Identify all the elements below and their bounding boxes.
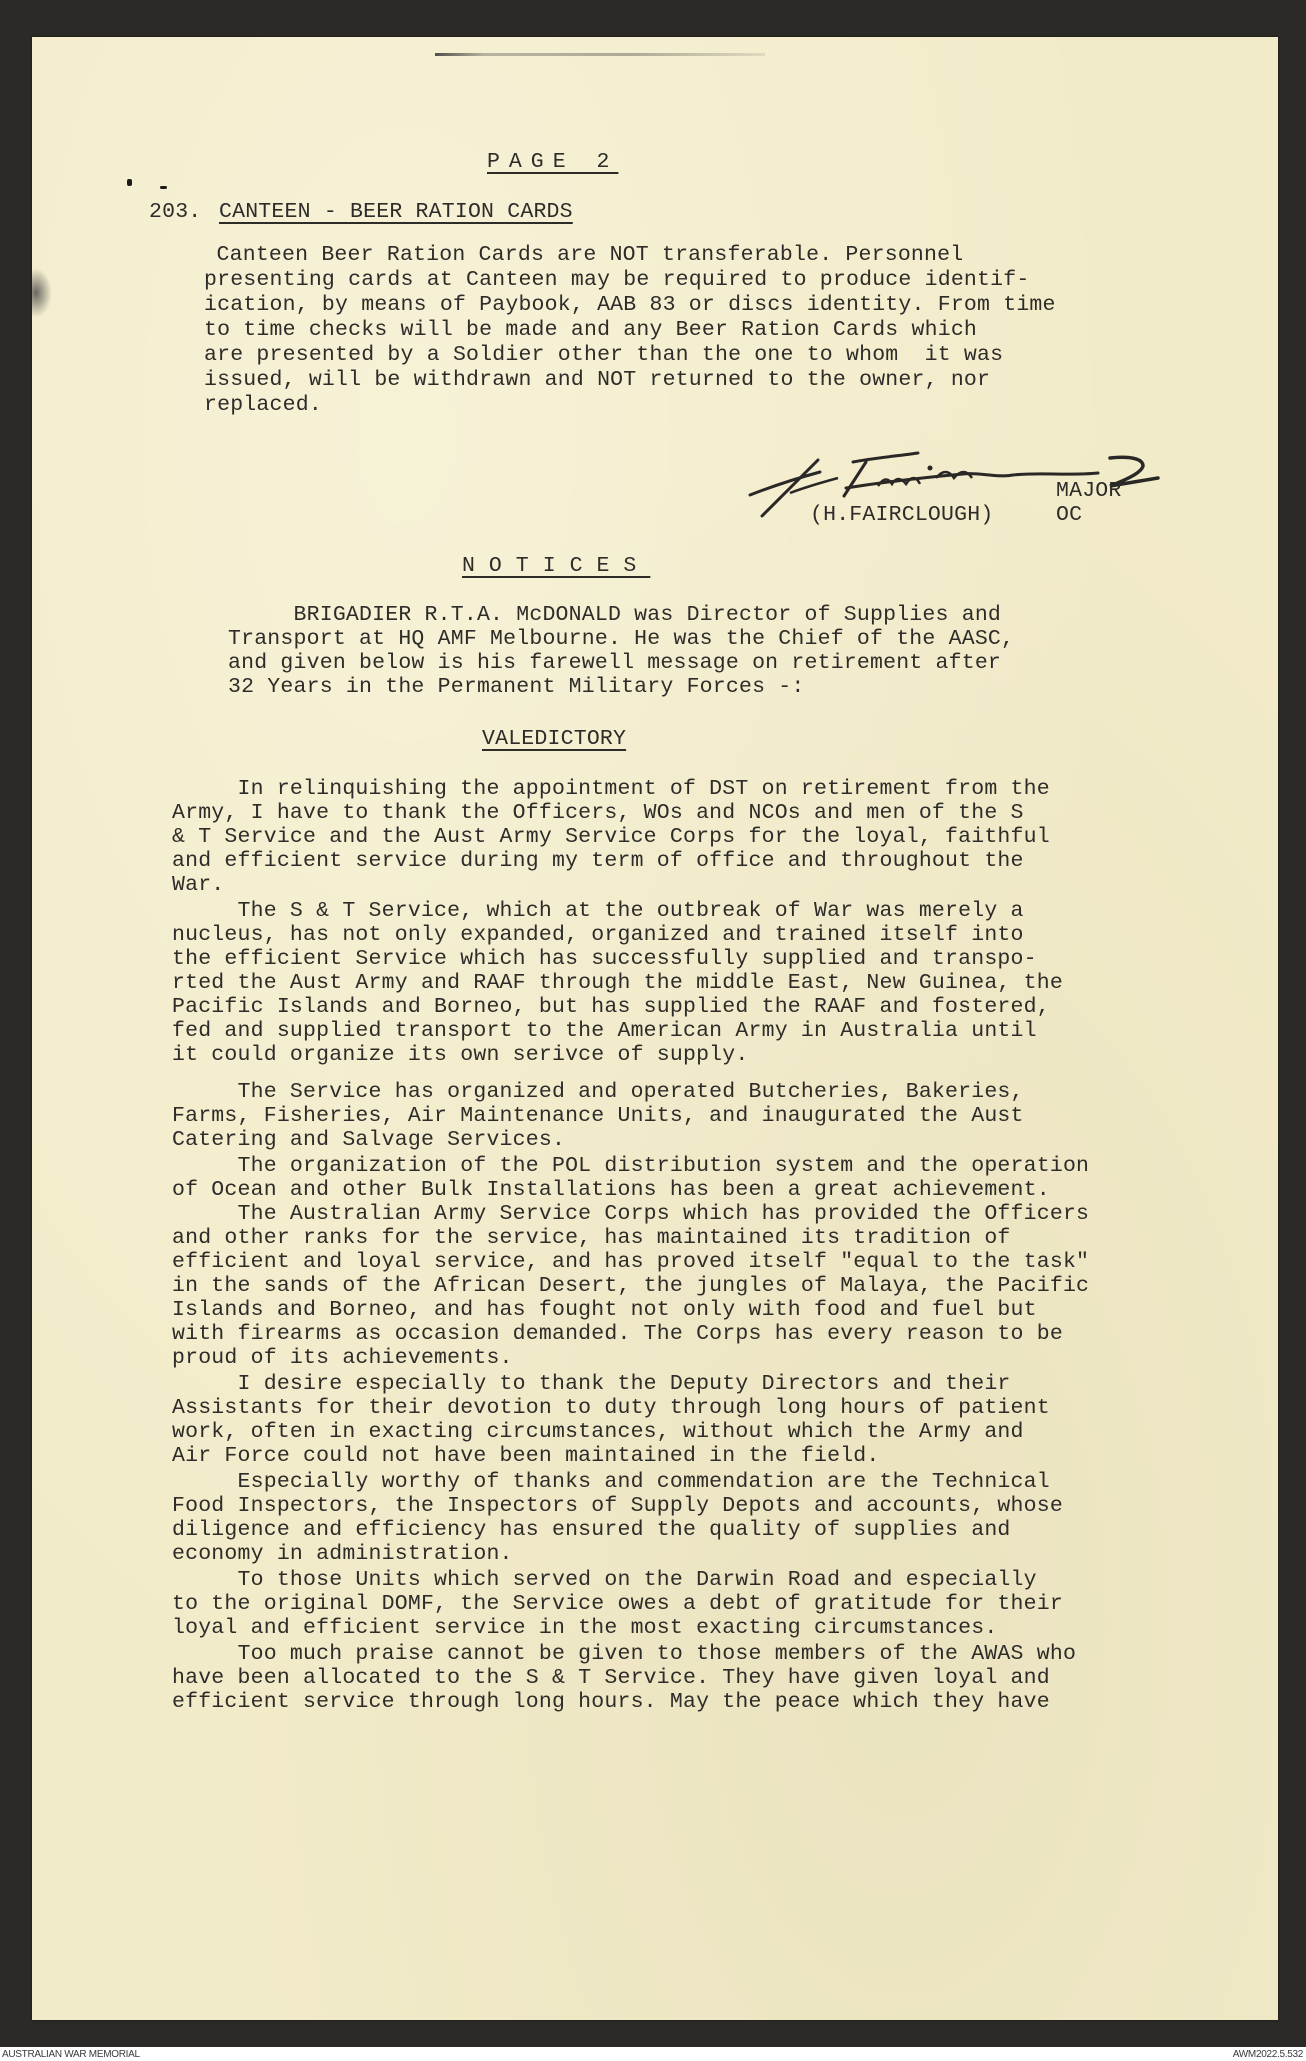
text-line: to time checks will be made and any Beer… xyxy=(204,320,977,342)
text-line: BRIGADIER R.T.A. McDONALD was Director o… xyxy=(228,605,1001,627)
ink-blot xyxy=(32,268,52,318)
text-line: The Service has organized and operated B… xyxy=(172,1082,1024,1104)
text-line: presenting cards at Canteen may be requi… xyxy=(204,270,1029,292)
text-line: Army, I have to thank the Officers, WOs … xyxy=(172,803,1024,825)
text-line: The S & T Service, which at the outbreak… xyxy=(172,901,1024,923)
signatory-appointment: OC xyxy=(1056,505,1082,527)
text-line: replaced. xyxy=(204,395,322,417)
text-line: efficient service through long hours. Ma… xyxy=(172,1692,1050,1714)
page-heading: PAGE 2 xyxy=(487,152,618,174)
text-line: Air Force could not have been maintained… xyxy=(172,1446,880,1468)
archive-institution-label: AUSTRALIAN WAR MEMORIAL xyxy=(2,2048,140,2061)
text-line: To those Units which served on the Darwi… xyxy=(172,1570,1037,1592)
text-line: The organization of the POL distribution… xyxy=(172,1156,1089,1178)
text-line: efficient and loyal service, and has pro… xyxy=(172,1252,1089,1274)
text-line: it could organize its own serivce of sup… xyxy=(172,1045,749,1067)
text-line: and efficient service during my term of … xyxy=(172,851,1024,873)
text-line: Canteen Beer Ration Cards are NOT transf… xyxy=(151,245,963,267)
text-line: Especially worthy of thanks and commenda… xyxy=(172,1472,1050,1494)
text-line: Too much praise cannot be given to those… xyxy=(172,1644,1076,1666)
text-line: in the sands of the African Desert, the … xyxy=(172,1276,1089,1298)
text-line: nucleus, has not only expanded, organize… xyxy=(172,925,1024,947)
text-line: are presented by a Soldier other than th… xyxy=(204,345,1003,367)
signatory-name: (H.FAIRCLOUGH) xyxy=(810,505,993,527)
valedictory-heading: VALEDICTORY xyxy=(482,729,626,751)
text-line: rted the Aust Army and RAAF through the … xyxy=(172,973,1063,995)
text-line: diligence and efficiency has ensured the… xyxy=(172,1520,1011,1542)
pin-hole-mark xyxy=(160,186,167,189)
text-line: Assistants for their devotion to duty th… xyxy=(172,1398,1050,1420)
text-line: ication, by means of Paybook, AAB 83 or … xyxy=(204,295,1056,317)
text-line: The Australian Army Service Corps which … xyxy=(172,1204,1089,1226)
text-line: of Ocean and other Bulk Installations ha… xyxy=(172,1180,1050,1202)
text-line: & T Service and the Aust Army Service Co… xyxy=(172,827,1050,849)
text-line: 32 Years in the Permanent Military Force… xyxy=(228,677,805,699)
text-line: have been allocated to the S & T Service… xyxy=(172,1668,1050,1690)
item-number: 203. xyxy=(149,202,201,224)
text-line: Pacific Islands and Borneo, but has supp… xyxy=(172,997,1050,1019)
archive-reference-number: AWM2022.5.532 xyxy=(1233,2048,1303,2061)
text-line: issued, will be withdrawn and NOT return… xyxy=(204,370,990,392)
text-line: fed and supplied transport to the Americ… xyxy=(172,1021,1037,1043)
faint-offset-text-mark xyxy=(435,53,765,56)
text-line: and given below is his farewell message … xyxy=(228,653,1001,675)
text-line: proud of its achievements. xyxy=(172,1348,513,1370)
item-title: CANTEEN - BEER RATION CARDS xyxy=(219,202,573,224)
text-line: Farms, Fisheries, Air Maintenance Units,… xyxy=(172,1106,1024,1128)
notices-heading: NOTICES xyxy=(462,556,650,578)
text-line: Food Inspectors, the Inspectors of Suppl… xyxy=(172,1496,1063,1518)
text-line: Transport at HQ AMF Melbourne. He was th… xyxy=(228,629,1014,651)
text-line: economy in administration. xyxy=(172,1544,513,1566)
text-line: In relinquishing the appointment of DST … xyxy=(172,779,1050,801)
pin-hole-mark xyxy=(127,179,132,186)
text-line: Islands and Borneo, and has fought not o… xyxy=(172,1300,1037,1322)
signatory-rank: MAJOR xyxy=(1056,481,1122,503)
text-line: to the original DOMF, the Service owes a… xyxy=(172,1594,1063,1616)
text-line: and other ranks for the service, has mai… xyxy=(172,1228,1011,1250)
text-line: work, often in exacting circumstances, w… xyxy=(172,1422,1024,1444)
text-line: Catering and Salvage Services. xyxy=(172,1130,565,1152)
text-line: loyal and efficient service in the most … xyxy=(172,1618,997,1640)
text-line: War. xyxy=(172,875,224,897)
text-line: with firearms as occasion demanded. The … xyxy=(172,1324,1063,1346)
text-line: the efficient Service which has successf… xyxy=(172,949,1037,971)
text-line: I desire especially to thank the Deputy … xyxy=(172,1374,1011,1396)
